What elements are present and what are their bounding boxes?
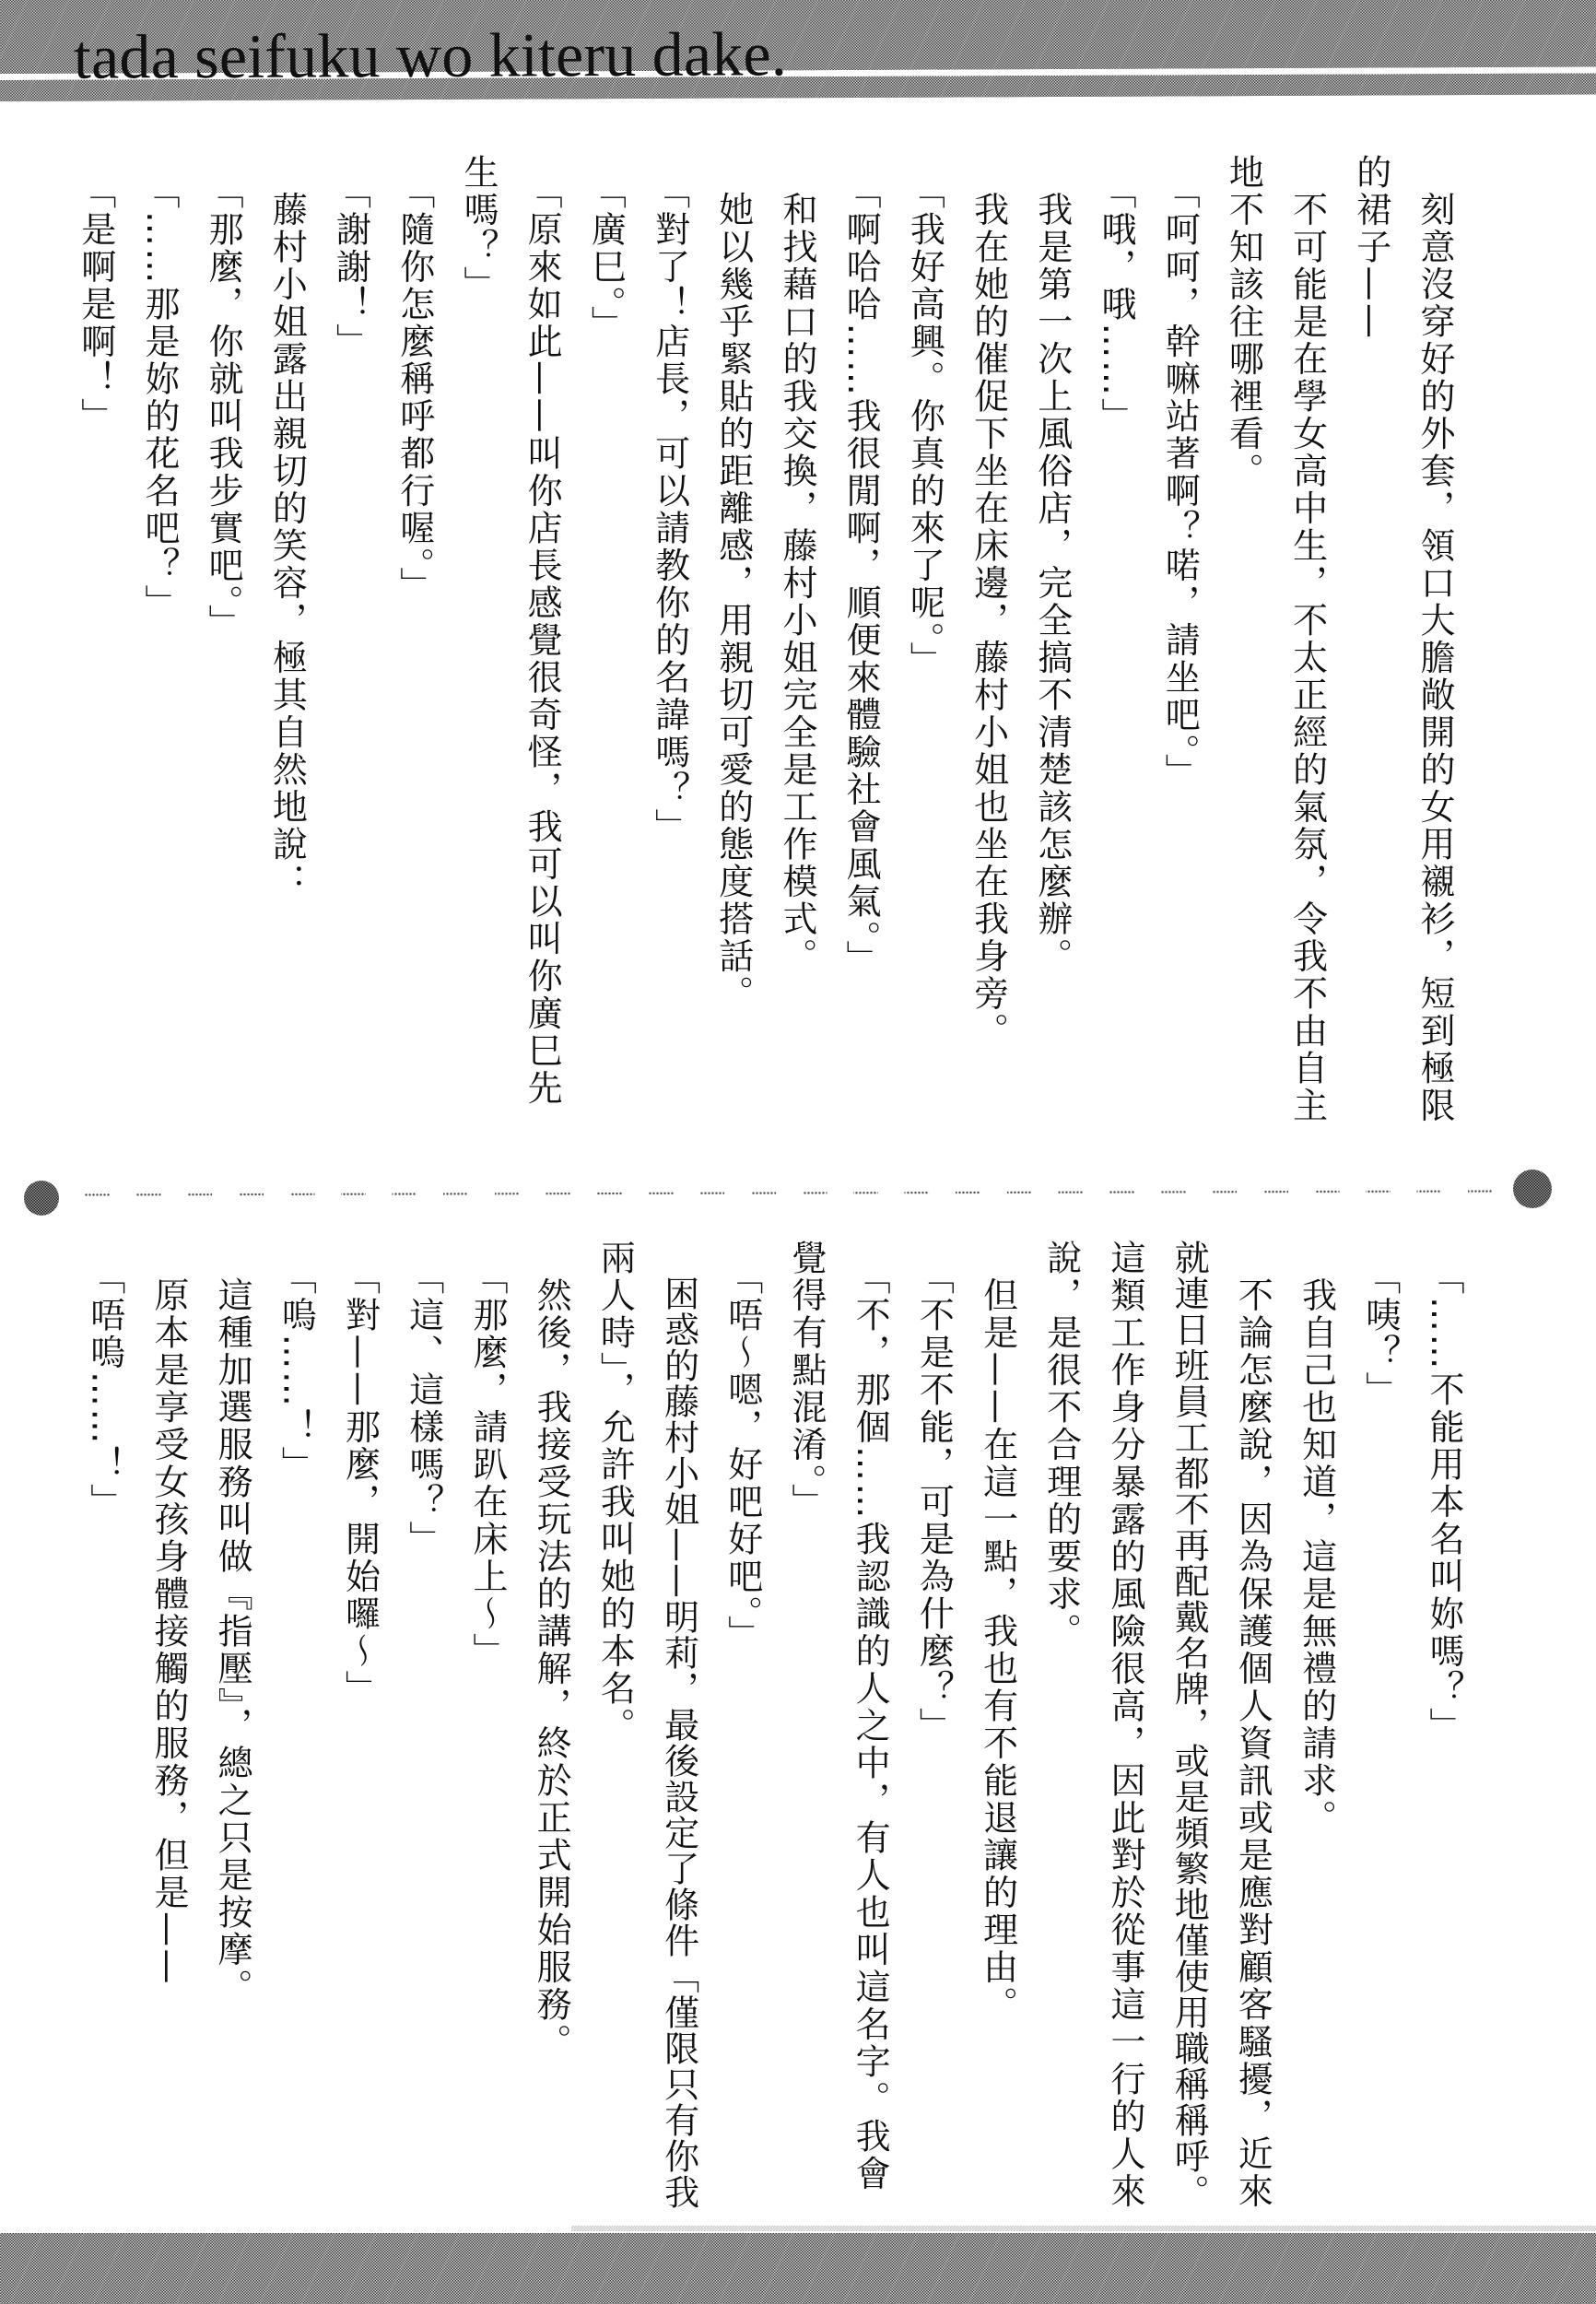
divider-left-circle-icon bbox=[24, 1181, 59, 1216]
divider-dotted-line bbox=[85, 1190, 1497, 1196]
dialogue-column: 「謝謝！」 bbox=[318, 154, 381, 1135]
dialogue-column: 「隨你怎麼稱呼都行喔。」 bbox=[382, 154, 446, 1135]
running-title: tada seifuku wo kiteru dake. bbox=[74, 22, 787, 88]
running-header: tada seifuku wo kiteru dake. bbox=[0, 0, 1596, 111]
text-column: 然後，我接受玩法的講解，終於正式開始服務。 bbox=[519, 1240, 582, 2221]
text-column: 不論怎麼說，因為保護個人資訊或是應對顧客騷擾，近來 bbox=[1220, 1240, 1284, 2221]
footer-band-edge bbox=[571, 2226, 1596, 2231]
footer-halftone-band bbox=[0, 2233, 1596, 2304]
text-column: 原本是享受女孩身體接觸的服務，但是—— bbox=[136, 1240, 200, 2221]
dialogue-column: 「這、這樣嗎？」 bbox=[392, 1240, 455, 2221]
dialogue-column: 「那麼，請趴在床上～」 bbox=[455, 1240, 519, 2221]
dialogue-column: 「那麼，你就叫我步實吧。」 bbox=[191, 154, 254, 1135]
dialogue-column: 「不是不能，可是為什麼？」 bbox=[901, 1240, 965, 2221]
dialogue-column: 「……那是妳的花名吧？」 bbox=[127, 154, 191, 1135]
text-column: 她以幾乎緊貼的距離感，用親切可愛的態度搭話。 bbox=[701, 154, 765, 1135]
text-column: 我自己也知道，這是無禮的請求。 bbox=[1284, 1240, 1347, 2221]
dialogue-column: 生嗎？」 bbox=[446, 154, 510, 1135]
section-divider bbox=[0, 1170, 1596, 1217]
dialogue-column: 「嗚……！」 bbox=[264, 1240, 327, 2221]
text-column: 困惑的藤村小姐——明莉，最後設定了條件「僅限只有你我 bbox=[646, 1240, 710, 2221]
dialogue-column: 「是啊是啊！」 bbox=[64, 154, 127, 1135]
dialogue-column: 「不，那個……我認識的人之中，有人也叫這名字。我會 bbox=[838, 1240, 901, 2221]
dialogue-column: 「……不能用本名叫妳嗎？」 bbox=[1412, 1240, 1475, 2221]
dialogue-column: 「對——那麼，開始囉～」 bbox=[327, 1240, 391, 2221]
dialogue-column: 「啊哈哈……我很閒啊，順便來體驗社會風氣。」 bbox=[828, 154, 892, 1135]
book-page: tada seifuku wo kiteru dake. 刻意沒穿好的外套，領口… bbox=[0, 0, 1596, 2304]
dialogue-column: 「唔～嗯，好吧好吧。」 bbox=[710, 1240, 774, 2221]
dialogue-column: 「咦？」 bbox=[1348, 1240, 1412, 2221]
dialogue-column: 「哦，哦……」 bbox=[1084, 154, 1147, 1135]
text-column: 和找藉口的我交換，藤村小姐完全是工作模式。 bbox=[765, 154, 828, 1135]
text-column: 兩人時」，允許我叫她的本名。 bbox=[582, 1240, 646, 2221]
text-column: 不可能是在學女高中生，不太正經的氣氛，令我不由自主 bbox=[1274, 154, 1338, 1135]
text-column: 刻意沒穿好的外套，領口大膽敞開的女用襯衫，短到極限 bbox=[1402, 154, 1466, 1135]
dialogue-column: 「我好高興。你真的來了呢。」 bbox=[892, 154, 956, 1135]
text-column: 藤村小姐露出親切的笑容，極其自然地說： bbox=[254, 154, 318, 1135]
lower-text-block: 「……不能用本名叫妳嗎？」 「咦？」 我自己也知道，這是無禮的請求。 不論怎麼說… bbox=[73, 1240, 1475, 2221]
text-column: 我在她的催促下坐在床邊，藤村小姐也坐在我身旁。 bbox=[956, 154, 1019, 1135]
text-column: 這種加選服務叫做『指壓』，總之只是按摩。 bbox=[200, 1240, 264, 2221]
text-column: 就連日班員工都不再配戴名牌，或是頻繁地僅使用職稱稱呼。 bbox=[1156, 1240, 1220, 2221]
dialogue-column: 「廣巳。」 bbox=[573, 154, 637, 1135]
text-column: 的裙子—— bbox=[1339, 154, 1402, 1135]
dialogue-column: 「呵呵，幹嘛站著啊？喏，請坐吧。」 bbox=[1147, 154, 1211, 1135]
dialogue-column: 「原來如此——叫你店長感覺很奇怪，我可以叫你廣巳先 bbox=[510, 154, 573, 1135]
dialogue-column: 覺得有點混淆。」 bbox=[774, 1240, 838, 2221]
dialogue-column: 「唔嗚……！」 bbox=[73, 1240, 136, 2221]
text-column: 但是——在這一點，我也有不能退讓的理由。 bbox=[965, 1240, 1028, 2221]
text-column: 地不知該往哪裡看。 bbox=[1211, 154, 1274, 1135]
text-column: 說，是很不合理的要求。 bbox=[1029, 1240, 1093, 2221]
text-column: 這類工作身分暴露的風險很高，因此對於從事這一行的人來 bbox=[1093, 1240, 1156, 2221]
text-column: 我是第一次上風俗店，完全搞不清楚該怎麼辦。 bbox=[1020, 154, 1084, 1135]
upper-text-block: 刻意沒穿好的外套，領口大膽敞開的女用襯衫，短到極限 的裙子—— 不可能是在學女高… bbox=[64, 154, 1466, 1135]
divider-right-circle-icon bbox=[1513, 1170, 1552, 1208]
dialogue-column: 「對了！店長，可以請教你的名諱嗎？」 bbox=[637, 154, 700, 1135]
